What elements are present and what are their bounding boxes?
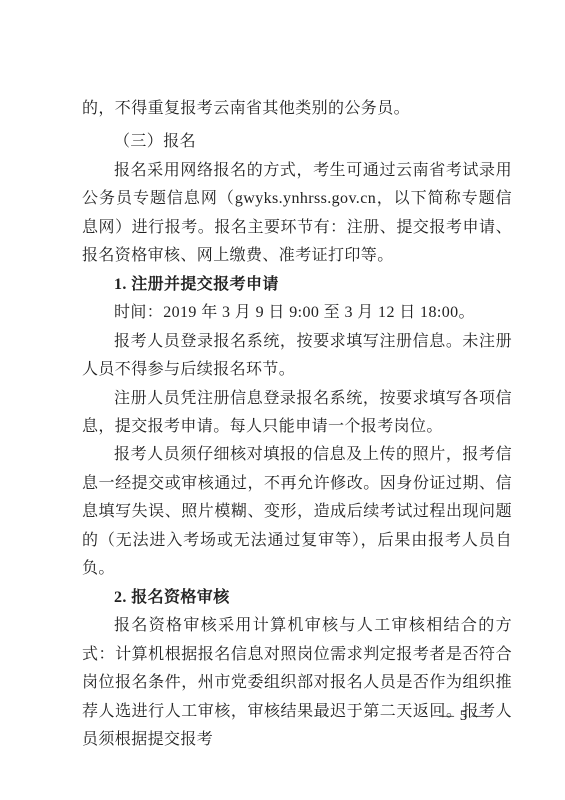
paragraph-submit-application: 注册人员凭注册信息登录报名系统，按要求填写各项信息，提交报考申请。每人只能申请一… [82, 385, 512, 442]
paragraph-registration-method: 报名采用网络报名的方式，考生可通过云南省考试录用公务员专题信息网（gwyks.y… [82, 157, 512, 271]
paragraph-review-method: 报名资格审核采用计算机审核与人工审核相结合的方式：计算机根据报名信息对照岗位需求… [82, 612, 512, 754]
paragraph-time-range: 时间：2019 年 3 月 9 日 9:00 至 3 月 12 日 18:00。 [82, 299, 512, 327]
numbered-heading-2-qualification-review: 2. 报名资格审核 [82, 584, 512, 612]
paragraph-login-register: 报考人员登录报名系统，按要求填写注册信息。未注册人员不得参与后续报名环节。 [82, 328, 512, 385]
document-body: 的，不得重复报考云南省其他类别的公务员。 （三）报名 报名采用网络报名的方式，考… [82, 95, 512, 754]
subsection-heading-baoming: （三）报名 [82, 128, 512, 156]
page-number: — 5 — [439, 706, 489, 726]
paragraph-verify-info: 报考人员须仔细核对填报的信息及上传的照片，报考信息一经提交或审核通过，不再允许修… [82, 441, 512, 583]
numbered-heading-1-register: 1. 注册并提交报考申请 [82, 271, 512, 299]
paragraph-continuation: 的，不得重复报考云南省其他类别的公务员。 [82, 95, 512, 123]
document-page: 的，不得重复报考云南省其他类别的公务员。 （三）报名 报名采用网络报名的方式，考… [0, 0, 565, 800]
